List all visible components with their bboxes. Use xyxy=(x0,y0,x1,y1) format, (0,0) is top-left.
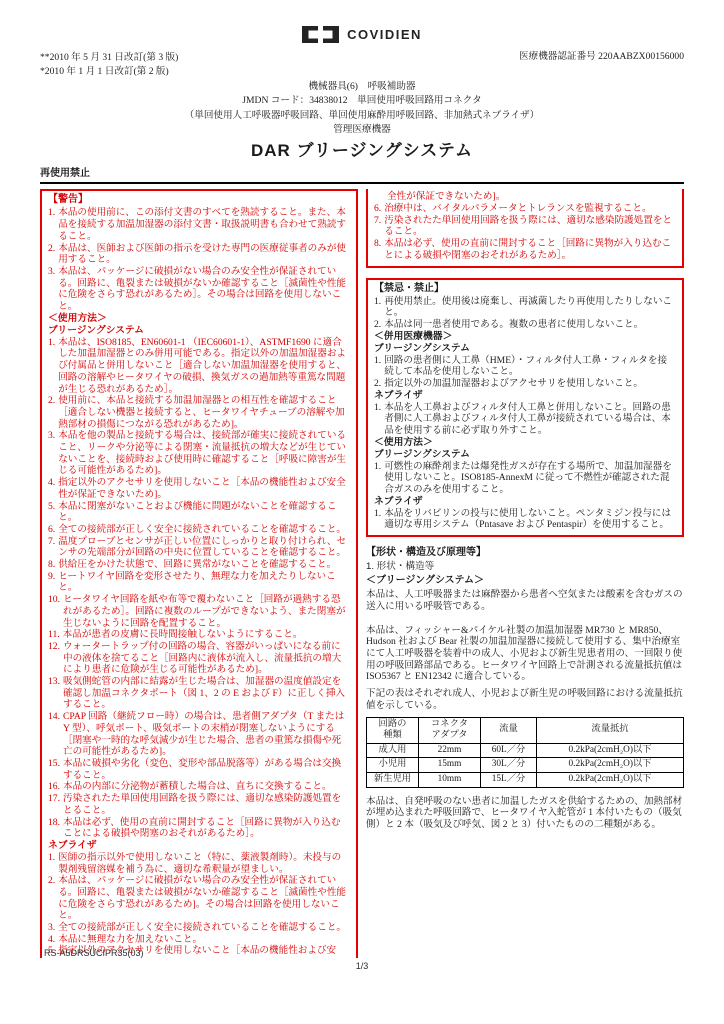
list-item: 11.本品が患者の皮膚に長時間接触しないようにすること。 xyxy=(48,629,350,641)
revision-line-1: **2010 年 5 月 31 日改訂(第 3 版) xyxy=(40,51,178,65)
list-item: 2.本品は同一患者使用である。複数の患者に使用しないこと。 xyxy=(374,319,676,331)
list-item: 1.回路の患者側に人工鼻（HME）・フィルタ付人工鼻・フィルタを接続して本品を使… xyxy=(374,355,676,378)
contraindication-usage-heading: ＜使用方法＞ xyxy=(374,437,676,449)
list-item: 2.本品は、パッケージに破損がない場合のみ安全性が保証されている。回路に、亀裂ま… xyxy=(48,875,350,922)
list-item: 13.吸気側蛇管の内部に結露が生じた場合は、加湿器の温度値設定を確認し加温コネク… xyxy=(48,676,350,711)
shape-sub2: ＜ブリージングシステム＞ xyxy=(366,575,684,587)
right-column: 全性が保証できないため]。 6.治療中は、バイタルパラメータとトレランスを監視す… xyxy=(366,189,684,835)
contraindication-nebulizer-list: 1.本品を人工鼻およびフィルタ付人工鼻と併用しないこと。回路の患者側に人工鼻およ… xyxy=(374,402,676,437)
document-body: 【警告】 1.本品の使用前に、この添付文書のすべてを熟読すること。また、本品を接… xyxy=(40,189,684,958)
left-column: 【警告】 1.本品の使用前に、この添付文書のすべてを熟読すること。また、本品を接… xyxy=(40,189,358,958)
list-item: 5.本品に閉塞がないことおよび機能に問題がないことを確認すること。 xyxy=(48,501,350,524)
flow-resistance-table: 回路の 種類コネクタ アダプタ流量流量抵抗 成人用 22mm 60L／分 0.2… xyxy=(366,717,684,788)
contraindication-usage-nebulizer-heading: ネブライザ xyxy=(374,496,676,508)
shape-sub1: 1. 形状・構造等 xyxy=(366,561,684,573)
contraindication-box: 【禁忌・禁止】 1.再使用禁止。使用後は廃棄し、再滅菌したり再使用したりしないこ… xyxy=(366,278,684,538)
warning-continued-line: 全性が保証できないため]。 xyxy=(374,191,676,203)
revision-line-2: *2010 年 1 月 1 日改訂(第 2 版) xyxy=(40,65,178,79)
warning-system-list: 1.本品は、ISO8185、EN60601-1 （IEC60601-1）、AST… xyxy=(48,337,350,840)
table-header-cell: 流量 xyxy=(481,717,537,743)
reuse-ban-rule: 再使用禁止 xyxy=(40,168,684,184)
table-cell-resistance: 0.2kPa(2cmH₂O)以下 xyxy=(537,773,684,788)
warning-system-heading: ブリージングシステム xyxy=(48,325,350,337)
jmdn-code-line: JMDN コード：34838012 単回使用呼吸回路用コネクタ xyxy=(40,94,684,108)
list-item: 3.本品は、パッケージに破損がない場合のみ安全性が保証されている。回路に、亀裂ま… xyxy=(48,266,350,313)
table-header-cell: コネクタ アダプタ xyxy=(419,717,481,743)
list-item: 3.本品を他の製品と接続する場合は、接続部が確実に接続されていること、リークや分… xyxy=(48,430,350,477)
table-cell-circuit-type: 新生児用 xyxy=(367,773,419,788)
table-header-cell: 流量抵抗 xyxy=(537,717,684,743)
contraindication-usage-system-list: 1.可燃性の麻酔剤または爆発性ガスが存在する場所で、加温加湿器を使用しないこと。… xyxy=(374,461,676,496)
covidien-logo-text: COVIDIEN xyxy=(347,27,422,43)
list-item: 6.全ての接続部が正しく安全に接続されていることを確認すること。 xyxy=(48,524,350,536)
table-cell-circuit-type: 成人用 xyxy=(367,743,419,758)
list-item: 7.汚染されたた単回使用回路を扱う際には、適切な感染防護処置をとること。 xyxy=(374,215,676,238)
table-cell-flow: 15L／分 xyxy=(481,773,537,788)
warning-nebulizer-heading: ネブライザ xyxy=(48,840,350,852)
page-number: 1/3 xyxy=(0,961,724,972)
revision-header: **2010 年 5 月 31 日改訂(第 3 版) *2010 年 1 月 1… xyxy=(40,51,684,79)
table-cell-resistance: 0.2kPa(2cmH₂O)以下 xyxy=(537,743,684,758)
document-code: RS-A5DRSUCIPR35(03) xyxy=(44,948,144,959)
list-item: 2.本品は、医師および医師の指示を受けた専門の医療従事者のみが使用すること。 xyxy=(48,243,350,266)
list-item: 16.本品の内部に分泌物が蓄積した場合は、直ちに交換すること。 xyxy=(48,781,350,793)
list-item: 3.全ての接続部が正しく安全に接続されていることを確認すること。 xyxy=(48,922,350,934)
list-item: 12.ウォータートラップ付の回路の場合、容器がいっぱいになる前に中の液体を捨てる… xyxy=(48,641,350,676)
table-row: 小児用 15mm 30L／分 0.2kPa(2cmH₂O)以下 xyxy=(367,758,684,773)
warning-box-continued: 全性が保証できないため]。 6.治療中は、バイタルパラメータとトレランスを監視す… xyxy=(366,189,684,267)
list-item: 10.ヒータワイヤ回路を紙や布等で覆わないこと［回路が過熱する恐れがあるため］。… xyxy=(48,594,350,629)
warning-general-list: 1.本品の使用前に、この添付文書のすべてを熟読すること。また、本品を接続する加温… xyxy=(48,207,350,312)
contraindication-usage-nebulizer-list: 1.本品をリバビリンの投与に使用しないこと。ペンタミジン投与には適切な専用システ… xyxy=(374,508,676,531)
shape-section-heading: 【形状・構造及び原理等】 xyxy=(366,547,684,559)
table-header-cell: 回路の 種類 xyxy=(367,717,419,743)
contraindication-heading: 【禁忌・禁止】 xyxy=(374,283,676,295)
table-cell-connector: 10mm xyxy=(419,773,481,788)
list-item: 1.可燃性の麻酔剤または爆発性ガスが存在する場所で、加温加湿器を使用しないこと。… xyxy=(374,461,676,496)
warning-box: 【警告】 1.本品の使用前に、この添付文書のすべてを熟読すること。また、本品を接… xyxy=(40,189,358,958)
shape-paragraph-3: 下記の表はそれぞれ成人、小児および新生児の呼吸回路における流量抵抗値を示している… xyxy=(366,688,684,711)
list-item: 9.ヒートワイヤ回路を変形させたり、無理な力を加えたりしないこと。 xyxy=(48,571,350,594)
device-class-line: 機械器具(6) 呼吸補助器 xyxy=(40,80,684,94)
list-item: 15.本品に破損や劣化（変色、変形や部品脱落等）がある場合は交換すること。 xyxy=(48,758,350,781)
table-row: 成人用 22mm 60L／分 0.2kPa(2cmH₂O)以下 xyxy=(367,743,684,758)
table-cell-connector: 15mm xyxy=(419,758,481,773)
table-row: 新生児用 10mm 15L／分 0.2kPa(2cmH₂O)以下 xyxy=(367,773,684,788)
certification-number: 医療機器認証番号 220AABZX00156000 xyxy=(519,51,684,63)
contraindication-system-heading: ブリージングシステム xyxy=(374,343,676,355)
list-item: 1.本品は、ISO8185、EN60601-1 （IEC60601-1）、AST… xyxy=(48,337,350,396)
device-paren-line: （単回使用人工呼吸器呼吸回路、単回使用麻酔用呼吸回路、非加熱式ネブライザ） xyxy=(40,109,684,123)
device-category-line: 管理医療機器 xyxy=(40,123,684,137)
list-item: 1.再使用禁止。使用後は廃棄し、再滅菌したり再使用したりしないこと。 xyxy=(374,296,676,319)
warning-usage-heading: ＜使用方法＞ xyxy=(48,313,350,325)
list-item: 8.本品は必ず、使用の直前に開封すること［回路に異物が入り込むことによる破損や閉… xyxy=(374,238,676,261)
warning-continued-list: 6.治療中は、バイタルパラメータとトレランスを監視すること。7.汚染されたた単回… xyxy=(374,203,676,262)
covidien-logo-icon xyxy=(302,26,340,43)
list-item: 4.指定以外のアクセサリを使用しないこと［本品の機能性および安全性が保証できない… xyxy=(48,477,350,500)
table-cell-connector: 22mm xyxy=(419,743,481,758)
shape-paragraph-4: 本品は、自発呼吸のない患者に加温したガスを供給するための、加熱部材が埋め込まれた… xyxy=(366,796,684,831)
list-item: 17.汚染されたた単回使用回路を扱う際には、適切な感染防護処置をとること。 xyxy=(48,793,350,816)
list-item: 7.温度プローブとセンサが正しい位置にしっかりと取り付けられ、センサの先端部分が… xyxy=(48,536,350,559)
contraindication-devices-heading: ＜併用医療機器＞ xyxy=(374,331,676,343)
list-item: 6.治療中は、バイタルパラメータとトレランスを監視すること。 xyxy=(374,203,676,215)
shape-structure-section: 【形状・構造及び原理等】 1. 形状・構造等 ＜ブリージングシステム＞ 本品は、… xyxy=(366,547,684,831)
list-item: 2.指定以外の加温加湿器およびアクセサリを使用しないこと。 xyxy=(374,378,676,390)
list-item: 1.医師の指示以外で使用しないこと（特に、薬液製剤時）。未投与の製剤残留溶媒を補… xyxy=(48,852,350,875)
contraindication-system-list: 1.回路の患者側に人工鼻（HME）・フィルタ付人工鼻・フィルタを接続して本品を使… xyxy=(374,355,676,390)
contraindication-usage-system-heading: ブリージングシステム xyxy=(374,449,676,461)
table-header-row: 回路の 種類コネクタ アダプタ流量流量抵抗 xyxy=(367,717,684,743)
page-title: DAR ブリージングシステム xyxy=(40,141,684,162)
covidien-logo: COVIDIEN xyxy=(40,26,684,43)
document-page: COVIDIEN **2010 年 5 月 31 日改訂(第 3 版) *201… xyxy=(0,0,724,1024)
list-item: 4.本品に無理な力を加えないこと。 xyxy=(48,934,350,946)
classification-block: 機械器具(6) 呼吸補助器 JMDN コード：34838012 単回使用呼吸回路… xyxy=(40,80,684,138)
table-cell-resistance: 0.2kPa(2cmH₂O)以下 xyxy=(537,758,684,773)
table-body: 成人用 22mm 60L／分 0.2kPa(2cmH₂O)以下 小児用 15mm… xyxy=(367,743,684,787)
table-cell-circuit-type: 小児用 xyxy=(367,758,419,773)
list-item: 1.本品をリバビリンの投与に使用しないこと。ペンタミジン投与には適切な専用システ… xyxy=(374,508,676,531)
contraindication-nebulizer-heading: ネブライザ xyxy=(374,390,676,402)
contraindication-general-list: 1.再使用禁止。使用後は廃棄し、再滅菌したり再使用したりしないこと。2.本品は同… xyxy=(374,296,676,331)
table-cell-flow: 60L／分 xyxy=(481,743,537,758)
list-item: 14.CPAP 回路（継続フロー時）の場合は、患者側アダプタ（T または Y 型… xyxy=(48,711,350,758)
list-item: 1.本品の使用前に、この添付文書のすべてを熟読すること。また、本品を接続する加温… xyxy=(48,207,350,242)
warning-nebulizer-list: 1.医師の指示以外で使用しないこと（特に、薬液製剤時）。未投与の製剤残留溶媒を補… xyxy=(48,852,350,957)
list-item: 1.本品を人工鼻およびフィルタ付人工鼻と併用しないこと。回路の患者側に人工鼻およ… xyxy=(374,402,676,437)
reuse-ban-label: 再使用禁止 xyxy=(40,168,90,179)
shape-paragraph-2: 本品は、フィッシャー&パイケル社製の加温加湿器 MR730 と MR850、Hu… xyxy=(366,625,684,684)
list-item: 18.本品は必ず、使用の直前に開封すること［回路に異物が入り込むことによる破損や… xyxy=(48,817,350,840)
list-item: 8.供給圧をかけた状態で、回路に異常がないことを確認すること。 xyxy=(48,559,350,571)
list-item: 2.使用前に、本品と接続する加温加湿器との相互性を確認すること［適合しない機器と… xyxy=(48,395,350,430)
warning-heading: 【警告】 xyxy=(48,194,350,206)
shape-paragraph-1: 本品は、人工呼吸器または麻酔器から患者へ空気または酸素を含むガスの送入に用いる呼… xyxy=(366,589,684,612)
table-cell-flow: 30L／分 xyxy=(481,758,537,773)
